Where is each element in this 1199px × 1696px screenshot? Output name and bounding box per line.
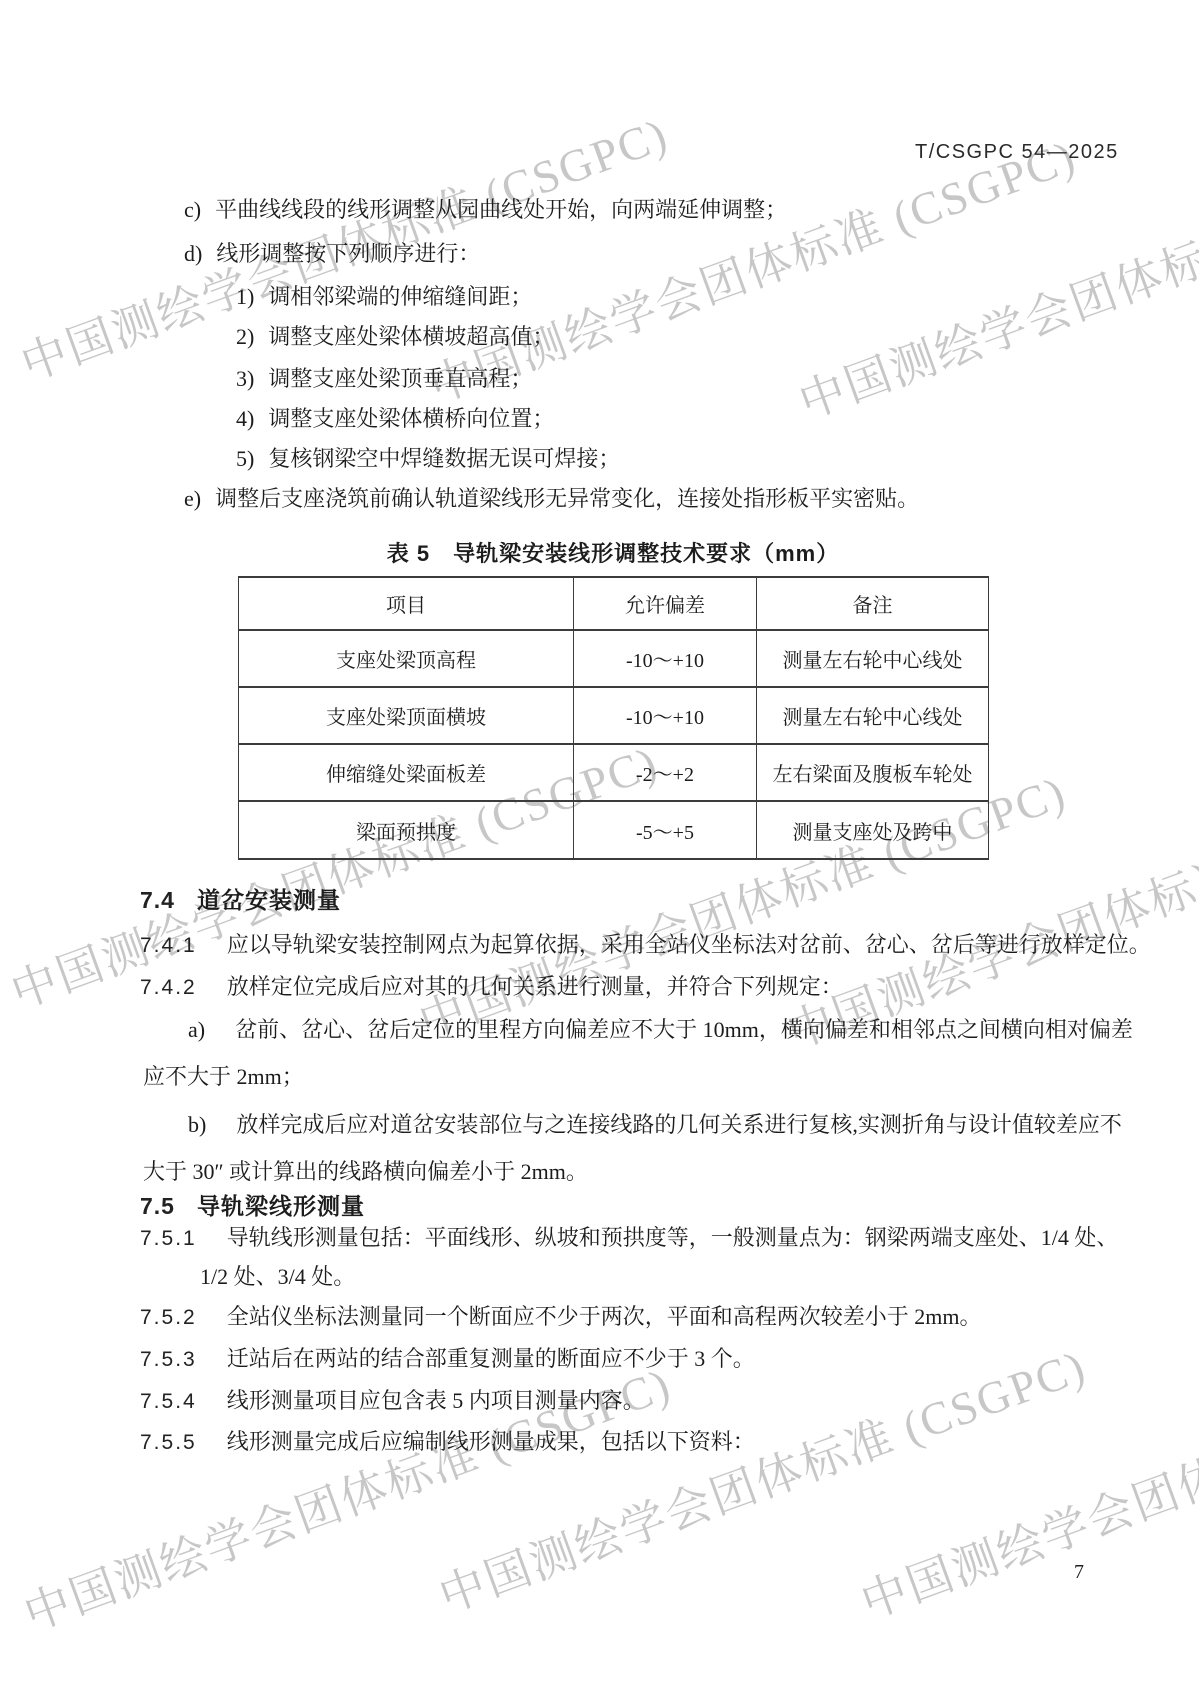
clause-7-4-2-item-a-continuation: 应不大于 2mm；: [143, 1063, 304, 1091]
clause-7-4-1: 7.4.1应以导轨梁安装控制网点为起算依据，采用全站仪坐标法对岔前、岔心、岔后等…: [140, 931, 1151, 959]
clause-7-4-2-item-b-continuation: 大于 30″ 或计算出的线路横向偏差小于 2mm。: [143, 1158, 588, 1186]
clause-text: 放样定位完成后应对其的几何关系进行测量，并符合下列规定：: [227, 974, 843, 999]
list-item-c-label: c): [184, 196, 201, 224]
clause-7-5-1: 7.5.1导轨线形测量包括：平面线形、纵坡和预拱度等，一般测量点为：钢梁两端支座…: [140, 1224, 1118, 1252]
list-subitem-5-label: 5): [236, 445, 254, 473]
list-subitem-3: 3)调整支座处梁顶垂直高程；: [236, 365, 532, 393]
table-row: 伸缩缝处梁面板差 -2～+2 左右梁面及腹板车轮处: [239, 744, 989, 801]
table-cell-note: 测量支座处及跨中: [757, 801, 989, 859]
section-title: 道岔安装测量: [197, 887, 341, 913]
table-cell-note: 测量左右轮中心线处: [757, 630, 989, 687]
section-heading-7-5: 7.5导轨梁线形测量: [140, 1192, 365, 1221]
list-item-d-label: d): [184, 240, 202, 268]
table-5-guideway-beam-alignment-requirements: 项目 允许偏差 备注 支座处梁顶高程 -10～+10 测量左右轮中心线处 支座处…: [238, 576, 989, 860]
watermark-text: 中国测绘学会团体标准 (CSGPC): [789, 136, 1199, 432]
clause-7-5-1-continuation: 1/2 处、3/4 处。: [200, 1263, 355, 1291]
clause-7-4-2: 7.4.2放样定位完成后应对其的几何关系进行测量，并符合下列规定：: [140, 973, 843, 1001]
list-item-e-label: e): [184, 485, 201, 513]
list-subitem-2-text: 调整支座处梁体横坡超高值；: [268, 324, 554, 349]
list-subitem-1: 1)调相邻梁端的伸缩缝间距；: [236, 283, 532, 311]
list-item-c-text: 平曲线线段的线形调整从园曲线处开始，向两端延伸调整；: [215, 197, 787, 222]
clause-number: 7.5.1: [140, 1226, 197, 1252]
table-header-note: 备注: [757, 577, 989, 630]
clause-number: 7.5.4: [140, 1389, 197, 1415]
list-item-e-text: 调整后支座浇筑前确认轨道梁线形无异常变化，连接处指形板平实密贴。: [215, 486, 919, 511]
clause-text: 全站仪坐标法测量同一个断面应不少于两次，平面和高程两次较差小于 2mm。: [227, 1304, 982, 1329]
list-item-e: e)调整后支座浇筑前确认轨道梁线形无异常变化，连接处指形板平实密贴。: [184, 485, 919, 513]
clause-number: 7.5.5: [140, 1430, 197, 1456]
table-cell-item: 梁面预拱度: [239, 801, 574, 859]
item-a-label: a): [188, 1016, 205, 1044]
section-title: 导轨梁线形测量: [197, 1193, 365, 1219]
list-subitem-4-text: 调整支座处梁体横桥向位置；: [268, 406, 554, 431]
table-cell-tolerance: -10～+10: [574, 630, 757, 687]
watermark-text: 中国测绘学会团体标准 (CSGPC): [851, 1336, 1199, 1632]
clause-7-5-3: 7.5.3迁站后在两站的结合部重复测量的断面应不少于 3 个。: [140, 1345, 755, 1373]
clause-number: 7.4.2: [140, 975, 197, 1001]
table-row: 支座处梁顶高程 -10～+10 测量左右轮中心线处: [239, 630, 989, 687]
item-b-label: b): [188, 1111, 206, 1139]
table-header-row: 项目 允许偏差 备注: [239, 577, 989, 630]
table-row: 梁面预拱度 -5～+5 测量支座处及跨中: [239, 801, 989, 859]
list-item-d-text: 线形调整按下列顺序进行：: [216, 241, 480, 266]
table-cell-tolerance: -2～+2: [574, 744, 757, 801]
list-subitem-3-text: 调整支座处梁顶垂直高程；: [268, 366, 532, 391]
list-subitem-4: 4)调整支座处梁体横桥向位置；: [236, 405, 554, 433]
clause-7-5-5: 7.5.5线形测量完成后应编制线形测量成果，包括以下资料：: [140, 1428, 755, 1456]
item-a-text: 岔前、岔心、岔后定位的里程方向偏差应不大于 10mm，横向偏差和相邻点之间横向相…: [235, 1017, 1133, 1042]
clause-7-4-2-item-a: a)岔前、岔心、岔后定位的里程方向偏差应不大于 10mm，横向偏差和相邻点之间横…: [188, 1016, 1133, 1044]
watermark-text: 中国测绘学会团体标准 (CSGPC): [429, 1330, 1094, 1626]
clause-text: 线形测量完成后应编制线形测量成果，包括以下资料：: [227, 1429, 755, 1454]
section-number: 7.4: [140, 886, 175, 915]
clause-text: 线形测量项目应包含表 5 内项目测量内容。: [227, 1388, 645, 1413]
table-cell-tolerance: -5～+5: [574, 801, 757, 859]
table-cell-item: 支座处梁顶面横坡: [239, 687, 574, 744]
clause-7-4-2-item-b: b)放样完成后应对道岔安装部位与之连接线路的几何关系进行复核,实测折角与设计值较…: [188, 1111, 1122, 1139]
clause-text: 迁站后在两站的结合部重复测量的断面应不少于 3 个。: [227, 1346, 755, 1371]
list-subitem-2-label: 2): [236, 323, 254, 351]
clause-7-5-2: 7.5.2全站仪坐标法测量同一个断面应不少于两次，平面和高程两次较差小于 2mm…: [140, 1303, 981, 1331]
doc-code: T/CSGPC 54—2025: [915, 140, 1119, 165]
list-subitem-5-text: 复核钢梁空中焊缝数据无误可焊接；: [268, 446, 620, 471]
list-subitem-1-label: 1): [236, 283, 254, 311]
table-header-tolerance: 允许偏差: [574, 577, 757, 630]
clause-text: 应以导轨梁安装控制网点为起算依据，采用全站仪坐标法对岔前、岔心、岔后等进行放样定…: [227, 932, 1151, 957]
list-subitem-4-label: 4): [236, 405, 254, 433]
page-number: 7: [1074, 1560, 1084, 1585]
table-row: 支座处梁顶面横坡 -10～+10 测量左右轮中心线处: [239, 687, 989, 744]
list-item-c: c)平曲线线段的线形调整从园曲线处开始，向两端延伸调整；: [184, 196, 787, 224]
list-item-d: d)线形调整按下列顺序进行：: [184, 240, 480, 268]
section-heading-7-4: 7.4道岔安装测量: [140, 886, 341, 915]
table-cell-item: 支座处梁顶高程: [239, 630, 574, 687]
table-cell-tolerance: -10～+10: [574, 687, 757, 744]
table-cell-note: 测量左右轮中心线处: [757, 687, 989, 744]
list-subitem-2: 2)调整支座处梁体横坡超高值；: [236, 323, 554, 351]
table-cell-item: 伸缩缝处梁面板差: [239, 744, 574, 801]
table-title: 表 5 导轨梁安装线形调整技术要求（mm）: [238, 540, 988, 568]
document-page: 中国测绘学会团体标准 (CSGPC) 中国测绘学会团体标准 (CSGPC) 中国…: [0, 0, 1199, 1696]
clause-number: 7.5.2: [140, 1305, 197, 1331]
table-cell-note: 左右梁面及腹板车轮处: [757, 744, 989, 801]
item-b-text: 放样完成后应对道岔安装部位与之连接线路的几何关系进行复核,实测折角与设计值较差应…: [236, 1112, 1122, 1137]
clause-number: 7.4.1: [140, 933, 197, 959]
list-subitem-1-text: 调相邻梁端的伸缩缝间距；: [268, 284, 532, 309]
clause-text: 导轨线形测量包括：平面线形、纵坡和预拱度等，一般测量点为：钢梁两端支座处、1/4…: [227, 1225, 1119, 1250]
clause-7-5-4: 7.5.4线形测量项目应包含表 5 内项目测量内容。: [140, 1387, 645, 1415]
section-number: 7.5: [140, 1192, 175, 1221]
list-subitem-3-label: 3): [236, 365, 254, 393]
list-subitem-5: 5)复核钢梁空中焊缝数据无误可焊接；: [236, 445, 620, 473]
clause-number: 7.5.3: [140, 1347, 197, 1373]
table-header-item: 项目: [239, 577, 574, 630]
